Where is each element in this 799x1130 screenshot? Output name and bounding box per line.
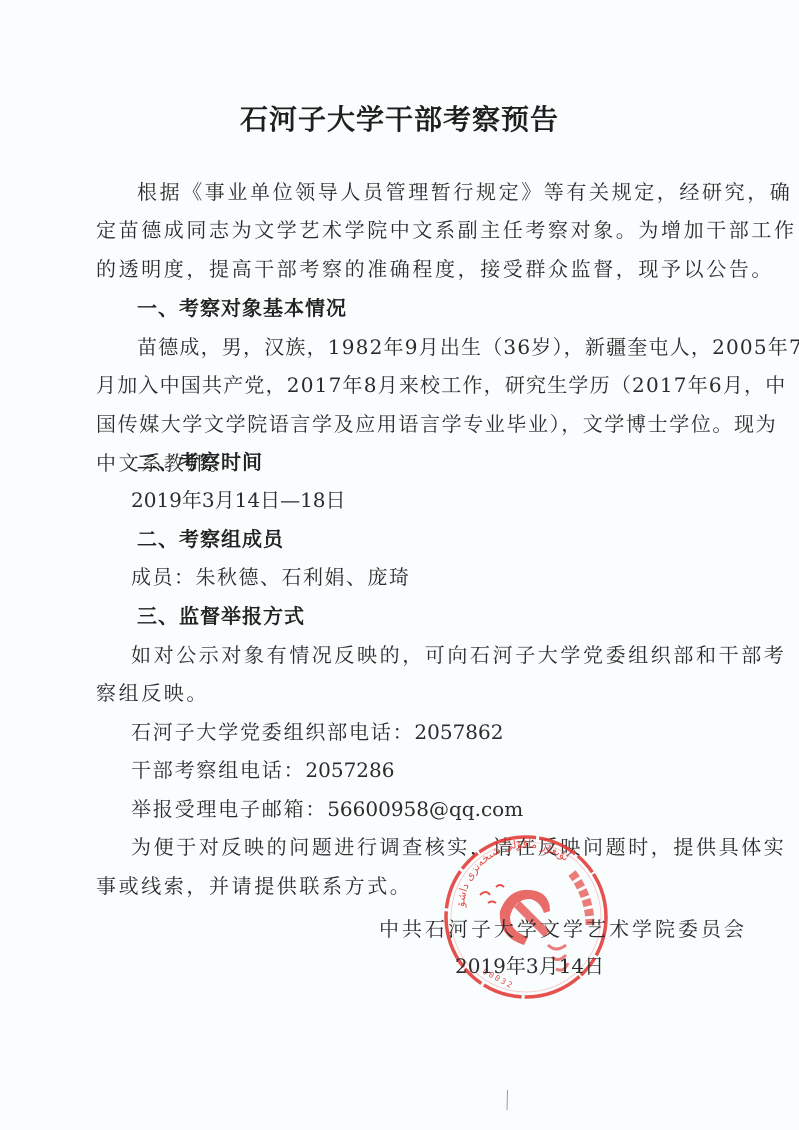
- intro-line-3: 的透明度，提高干部考察的准确程度，接受群众监督，现予以公告。: [96, 257, 774, 281]
- team-phone-label: 干部考察组电话：: [131, 758, 305, 782]
- team-phone-value: 2057286: [305, 758, 394, 782]
- basic-info-line-2: 月加入中国共产党，2017年8月来校工作，研究生学历（2017年6月，中: [96, 373, 716, 397]
- section-heading-supervision: 三、监督举报方式: [137, 604, 305, 628]
- inspection-time-value: 2019年3月14日—18日: [131, 488, 346, 512]
- section-heading-team: 二、考察组成员: [137, 527, 284, 551]
- basic-info-line-1: 苗德成，男，汉族，1982年9月出生（36岁），新疆奎屯人，2005年7: [137, 335, 715, 359]
- email-link[interactable]: 56600958@qq.com: [327, 797, 523, 821]
- supervision-line-1: 如对公示对象有情况反映的，可向石河子大学党委组织部和干部考: [131, 643, 714, 667]
- email-row: 举报受理电子邮箱：56600958@qq.com: [131, 797, 523, 821]
- document-title: 石河子大学干部考察预告: [0, 98, 799, 138]
- email-label: 举报受理电子邮箱：: [131, 797, 327, 821]
- signature-date: 2019年3月14日: [455, 954, 604, 978]
- supervision-line-2: 察组反映。: [96, 681, 209, 705]
- document-page: 石河子大学干部考察预告 根据《事业单位领导人员管理暂行规定》等有关规定，经研究，…: [0, 0, 799, 1130]
- intro-line-2: 定苗德成同志为文学艺术学院中文系副主任考察对象。为增加干部工作: [96, 218, 716, 242]
- closing-line-1: 为便于对反映的问题进行调查核实，请在反映问题时，提供具体实: [131, 835, 714, 859]
- closing-line-2: 事或线索，并请提供联系方式。: [96, 874, 412, 898]
- team-phone-row: 干部考察组电话：2057286: [131, 758, 394, 782]
- intro-line-1: 根据《事业单位领导人员管理暂行规定》等有关规定，经研究，确: [137, 180, 715, 204]
- basic-info-line-3: 国传媒大学文学院语言学及应用语言学专业毕业），文学博士学位。现为: [96, 412, 716, 436]
- org-phone-value: 2057862: [414, 720, 503, 744]
- scan-artifact-mark: [506, 1090, 509, 1110]
- org-phone-row: 石河子大学党委组织部电话：2057862: [131, 720, 503, 744]
- section-heading-time: 二、考察时间: [137, 450, 263, 474]
- org-phone-label: 石河子大学党委组织部电话：: [131, 720, 414, 744]
- team-members: 成员：朱秋德、石利娟、庞琦: [131, 565, 411, 589]
- section-heading-basic-info: 一、考察对象基本情况: [137, 296, 347, 320]
- signature-organization: 中共石河子大学文学艺术学院委员会: [379, 917, 747, 941]
